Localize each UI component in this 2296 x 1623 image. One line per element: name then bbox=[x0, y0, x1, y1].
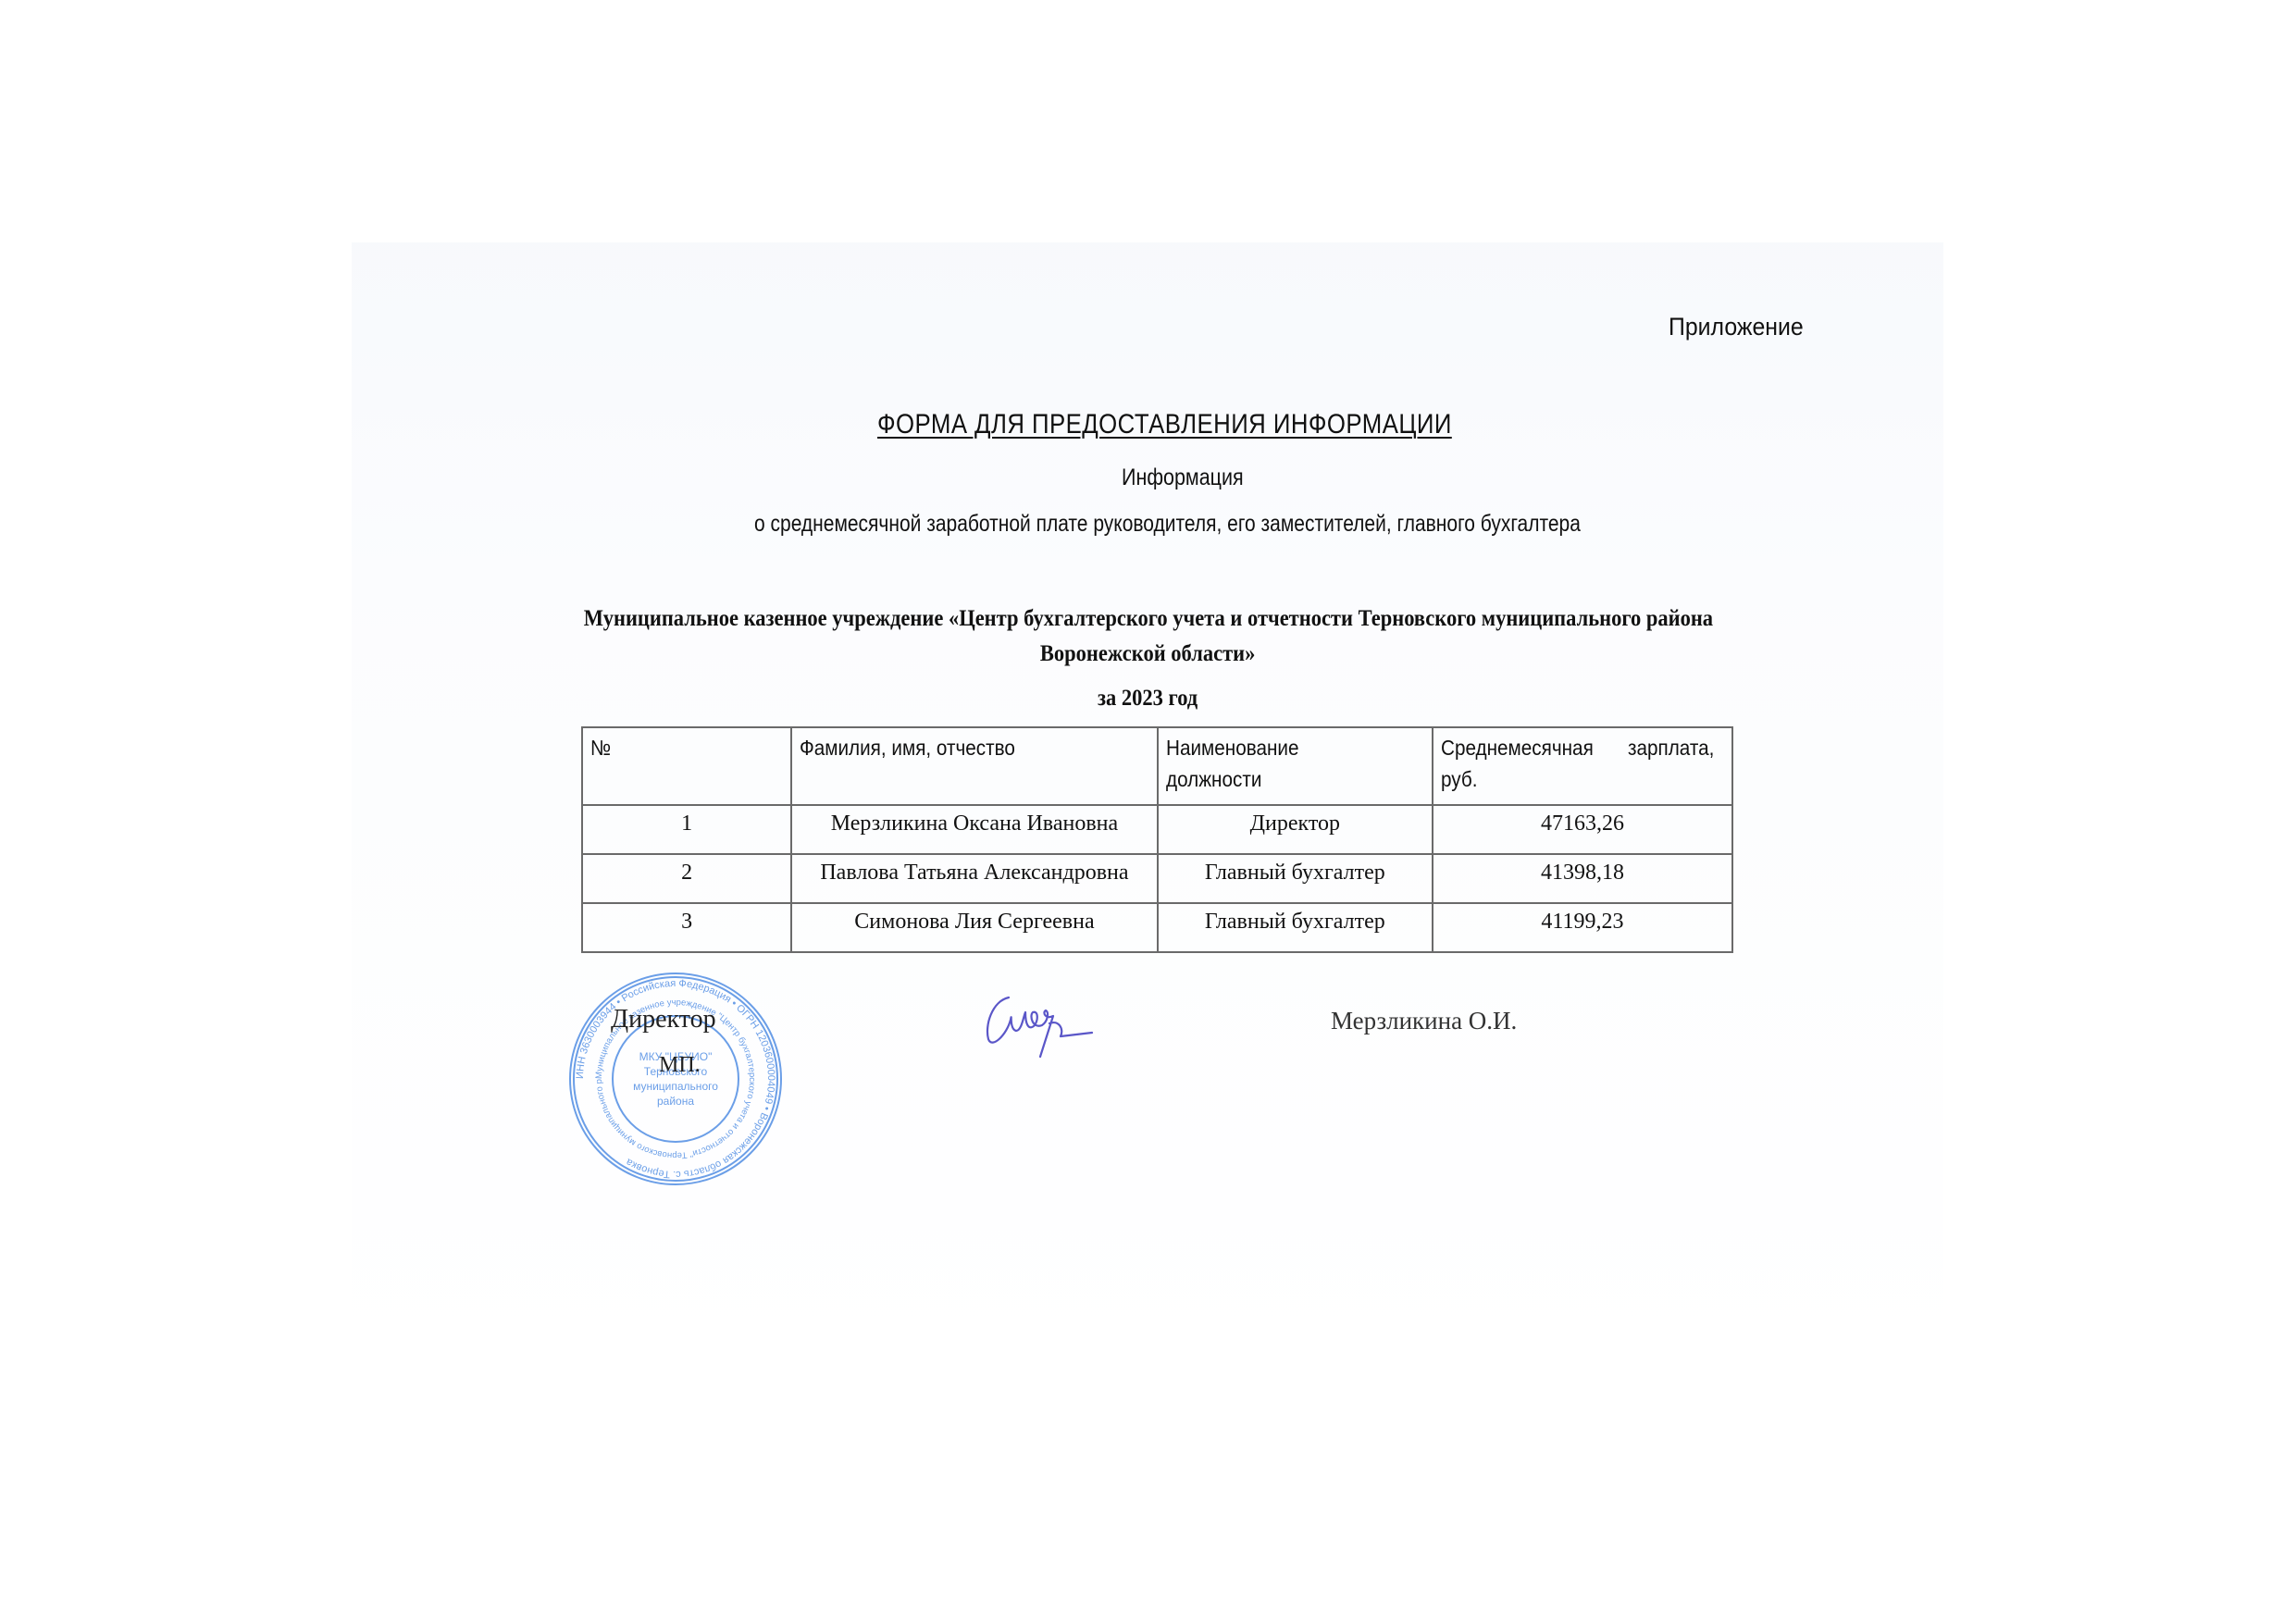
appendix-label: Приложение bbox=[1669, 313, 1804, 341]
organization-name-line-2: Воронежской области» bbox=[0, 641, 2296, 667]
salary-table: № Фамилия, имя, отчество Наименование до… bbox=[581, 726, 1733, 953]
cell-full-name: Мерзликина Оксана Ивановна bbox=[791, 805, 1158, 854]
header-salary: Среднемесячная зарплата, руб. bbox=[1433, 727, 1732, 805]
header-full-name: Фамилия, имя, отчество bbox=[791, 727, 1158, 805]
reporting-period-text: за 2023 год bbox=[1098, 686, 1198, 712]
organization-name-text-2: Воронежской области» bbox=[1040, 641, 1255, 667]
header-salary-text: Среднемесячная зарплата, руб. bbox=[1441, 732, 1724, 795]
cell-number: 1 bbox=[582, 805, 791, 854]
cell-position: Главный бухгалтер bbox=[1158, 903, 1433, 952]
svg-text:района: района bbox=[657, 1095, 694, 1108]
cell-full-name: Павлова Татьяна Александровна bbox=[791, 854, 1158, 903]
table-header-row: № Фамилия, имя, отчество Наименование до… bbox=[582, 727, 1732, 805]
signer-name: Мерзликина О.И. bbox=[1331, 1007, 1517, 1035]
director-role-label: Директор bbox=[611, 1005, 716, 1035]
cell-number: 2 bbox=[582, 854, 791, 903]
header-salary-part2: зарплата, bbox=[1628, 732, 1714, 763]
header-salary-part1: Среднемесячная bbox=[1441, 732, 1594, 763]
organization-name-text-1: Муниципальное казенное учреждение «Центр… bbox=[583, 606, 1712, 632]
header-position: Наименование должности bbox=[1158, 727, 1433, 805]
header-number-text: № bbox=[590, 732, 611, 763]
header-full-name-text: Фамилия, имя, отчество bbox=[800, 732, 1015, 763]
seal-place-label: МП. bbox=[659, 1053, 701, 1078]
table-row: 1 Мерзликина Оксана Ивановна Директор 47… bbox=[582, 805, 1732, 854]
cell-position: Главный бухгалтер bbox=[1158, 854, 1433, 903]
official-stamp-icon: ИНН 3630003944 • Российская Федерация • … bbox=[566, 970, 785, 1188]
cell-position: Директор bbox=[1158, 805, 1433, 854]
svg-text:муниципального: муниципального bbox=[633, 1080, 718, 1093]
header-salary-part3: руб. bbox=[1441, 763, 1696, 795]
organization-name-line-1: Муниципальное казенное учреждение «Центр… bbox=[0, 606, 2296, 632]
cell-salary: 47163,26 bbox=[1433, 805, 1732, 854]
handwritten-signature-icon bbox=[981, 988, 1111, 1081]
table-row: 2 Павлова Татьяна Александровна Главный … bbox=[582, 854, 1732, 903]
cell-full-name: Симонова Лия Сергеевна bbox=[791, 903, 1158, 952]
cell-salary: 41199,23 bbox=[1433, 903, 1732, 952]
cell-salary: 41398,18 bbox=[1433, 854, 1732, 903]
form-title: ФОРМА ДЛЯ ПРЕДОСТАВЛЕНИЯ ИНФОРМАЦИИ bbox=[877, 409, 1452, 440]
cell-number: 3 bbox=[582, 903, 791, 952]
info-subtitle: о среднемесячной заработной плате руково… bbox=[754, 511, 1581, 538]
reporting-period: за 2023 год bbox=[0, 686, 2296, 712]
header-number: № bbox=[582, 727, 791, 805]
header-position-text: Наименование должности bbox=[1166, 732, 1398, 795]
table-row: 3 Симонова Лия Сергеевна Главный бухгалт… bbox=[582, 903, 1732, 952]
info-heading: Информация bbox=[1122, 465, 1244, 491]
